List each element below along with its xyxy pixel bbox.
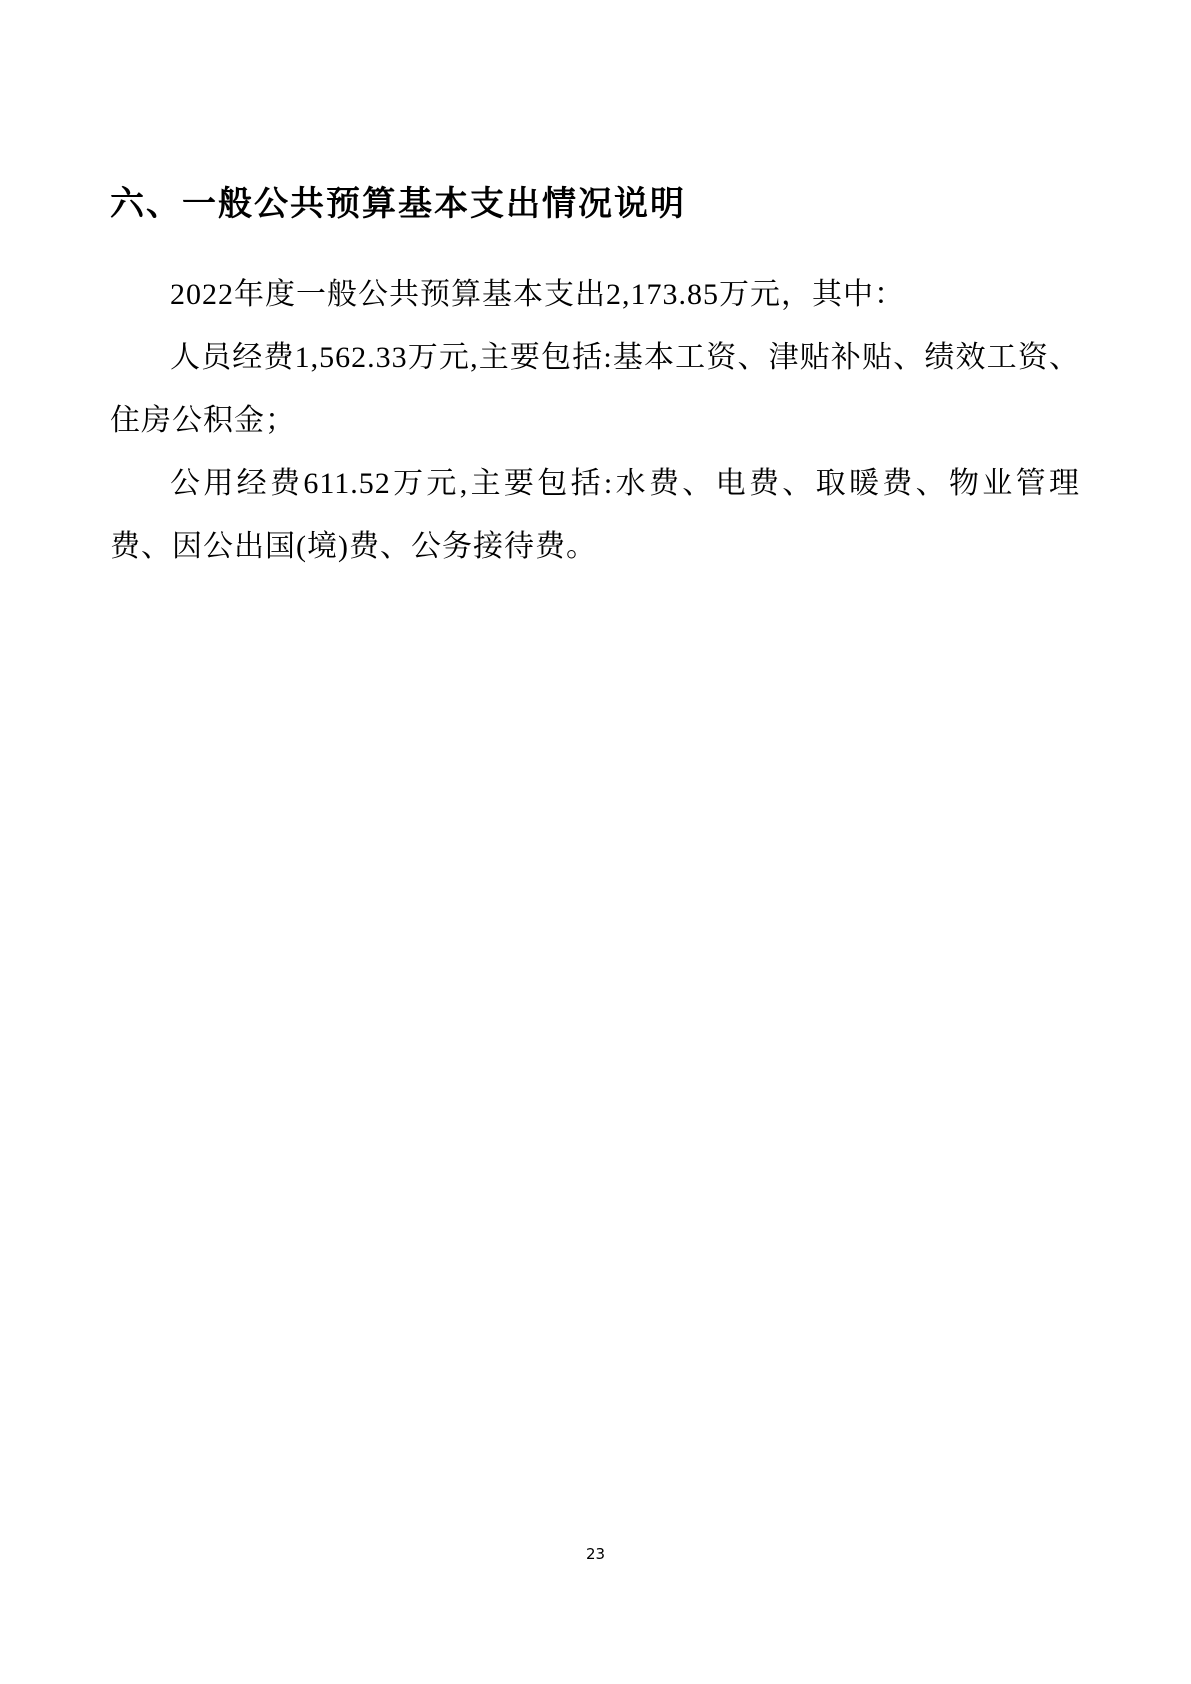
section-heading: 六、一般公共预算基本支出情况说明 [110,183,1080,226]
page-number: 23 [0,1547,1191,1562]
paragraph-personnel-funds: 人员经费1,562.33万元,主要包括:基本工资、津贴补贴、绩效工资、住房公积金… [110,326,1080,452]
document-body: 2022年度一般公共预算基本支出2,173.85万元，其中： 人员经费1,562… [110,263,1080,578]
document-page: 六、一般公共预算基本支出情况说明 2022年度一般公共预算基本支出2,173.8… [0,0,1191,1684]
paragraph-total-basic-expenditure: 2022年度一般公共预算基本支出2,173.85万元，其中： [110,263,1080,326]
paragraph-public-funds: 公用经费611.52万元,主要包括:水费、电费、取暖费、物业管理费、因公出国(境… [110,452,1080,578]
